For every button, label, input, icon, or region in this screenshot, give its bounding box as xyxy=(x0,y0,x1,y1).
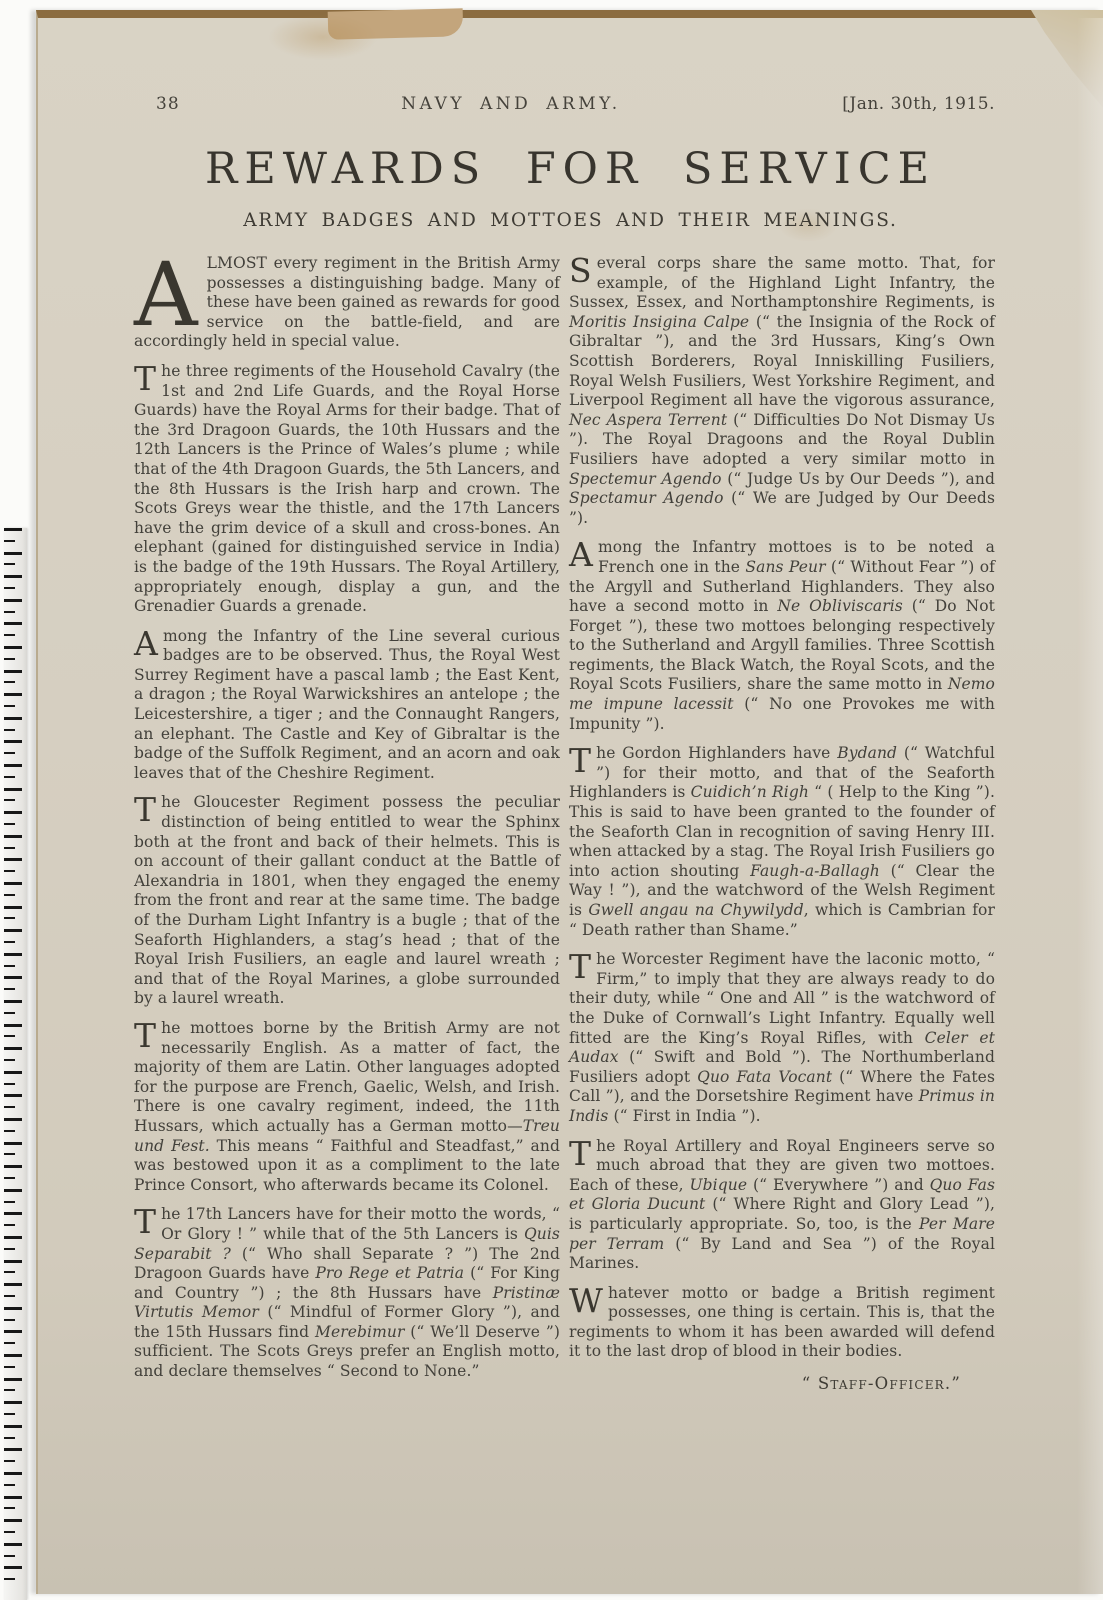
ruler-tick xyxy=(4,1000,22,1003)
ruler-tick xyxy=(4,1142,22,1145)
ruler-tick xyxy=(4,1153,15,1155)
page-number: 38 xyxy=(156,94,180,114)
text-run: everal corps share the same motto. That,… xyxy=(569,254,995,311)
ruler-tick xyxy=(4,611,15,613)
text-run: he mottoes borne by the British Army are… xyxy=(134,1019,560,1135)
ruler-tick xyxy=(4,811,22,814)
ruler-tick xyxy=(4,1260,22,1263)
ruler-tick xyxy=(4,646,22,649)
drop-cap: W xyxy=(569,1284,608,1315)
ruler-tick xyxy=(4,858,22,861)
text-run: Bydand xyxy=(837,744,897,762)
ruler-tick xyxy=(4,599,22,602)
ruler-tick xyxy=(4,1555,15,1557)
ruler-tick xyxy=(4,1071,22,1074)
ruler-tick xyxy=(4,1437,15,1439)
ruler-tick xyxy=(4,1106,15,1108)
page-header: 38 NAVY AND ARMY. [Jan. 30th, 1915. xyxy=(156,94,995,114)
drop-cap: S xyxy=(569,254,597,285)
ruler-tick xyxy=(4,847,15,849)
text-run: Gwell angau na Chywilydd xyxy=(588,901,803,919)
ruler-tick xyxy=(4,1578,15,1580)
ruler-tick xyxy=(4,941,15,943)
drop-cap: A xyxy=(134,254,207,330)
ruler-tick xyxy=(4,976,22,979)
magazine-page: 38 NAVY AND ARMY. [Jan. 30th, 1915. REWA… xyxy=(36,10,1103,1594)
torn-paper-corner xyxy=(1031,10,1103,110)
left-column: ALMOST every regiment in the British Arm… xyxy=(134,254,560,1394)
text-run: Merebimur xyxy=(315,1323,405,1341)
article-subtitle: ARMY BADGES AND MOTTOES AND THEIR MEANIN… xyxy=(38,210,1103,231)
text-run: Pro Rege et Patria xyxy=(315,1264,464,1282)
ruler-tick xyxy=(4,917,15,919)
drop-cap: T xyxy=(134,1205,161,1236)
ruler-tick xyxy=(4,1507,15,1509)
text-run: Nec Aspera Terrent xyxy=(569,411,727,429)
ruler-tick xyxy=(4,752,15,754)
ruler-tick xyxy=(4,1118,22,1121)
ruler-tick xyxy=(4,1566,22,1569)
ruler-tick xyxy=(4,587,15,589)
drop-cap: T xyxy=(569,744,596,775)
ruler-tick xyxy=(4,1035,15,1037)
ruler-tick xyxy=(4,988,15,990)
paragraph: The Gloucester Regiment possess the pecu… xyxy=(134,793,560,1009)
ruler-tick xyxy=(4,788,22,791)
text-run: Moritis Insigina Calpe xyxy=(569,313,749,331)
paragraph: The three regiments of the Household Cav… xyxy=(134,362,560,617)
ruler-tick xyxy=(4,1201,15,1203)
ruler-tick xyxy=(4,1295,15,1297)
ruler-tick xyxy=(4,1212,22,1215)
text-run: he Gordon Highlanders have xyxy=(596,744,837,762)
paper-stain xyxy=(268,14,378,60)
ruler-tick xyxy=(4,729,15,731)
ruler-tick xyxy=(4,1448,22,1451)
ruler-tick xyxy=(4,1236,22,1239)
ruler-tick xyxy=(4,1496,22,1499)
paragraph: The mottoes borne by the British Army ar… xyxy=(134,1019,560,1195)
ruler-tick xyxy=(4,658,15,660)
ruler-tick xyxy=(4,1425,22,1428)
ruler-tick xyxy=(4,1130,15,1132)
text-run: (“ Judge Us by Our Deeds ”), and xyxy=(722,470,995,488)
ruler-tick xyxy=(4,894,15,896)
photo-background: 38 NAVY AND ARMY. [Jan. 30th, 1915. REWA… xyxy=(0,0,1103,1600)
ruler-tick xyxy=(4,929,22,932)
ruler-tick xyxy=(4,870,15,872)
text-run: he Gloucester Regiment possess the pecul… xyxy=(134,793,560,1007)
ruler-tick xyxy=(4,1059,15,1061)
ruler-tick xyxy=(4,882,22,885)
ruler-tick xyxy=(4,634,15,636)
ruler-tick xyxy=(4,776,15,778)
article-title: REWARDS FOR SERVICE xyxy=(38,144,1103,194)
ruler-tick xyxy=(4,1330,22,1333)
ruler-tick xyxy=(4,740,22,743)
article-body: ALMOST every regiment in the British Arm… xyxy=(134,254,996,1394)
ruler-tick xyxy=(4,693,22,696)
text-run: Sans Peur xyxy=(745,558,825,576)
text-run: Spectemur Agendo xyxy=(569,470,722,488)
text-run: Faugh-a-Ballagh xyxy=(750,862,880,880)
drop-cap: T xyxy=(569,950,596,981)
text-run: Cuidich’n Righ xyxy=(691,783,809,801)
paragraph: The Worcester Regiment have the laconic … xyxy=(569,950,995,1126)
paragraph: The 17th Lancers have for their motto th… xyxy=(134,1205,560,1381)
drop-cap: T xyxy=(569,1137,596,1168)
ruler-tick xyxy=(4,1047,22,1050)
ruler-tick xyxy=(4,1543,22,1546)
ruler xyxy=(4,528,27,1600)
paragraph: The Royal Artillery and Royal Engineers … xyxy=(569,1137,995,1274)
ruler-tick xyxy=(4,1165,22,1168)
ruler-tick xyxy=(4,953,22,956)
ruler-tick xyxy=(4,1094,22,1097)
signature: “ Staff-Officer.” xyxy=(569,1374,995,1394)
paragraph: Several corps share the same motto. That… xyxy=(569,254,995,528)
ruler-tick xyxy=(4,622,22,625)
paragraph: ALMOST every regiment in the British Arm… xyxy=(134,254,560,352)
text-run: he 17th Lancers have for their motto the… xyxy=(161,1205,560,1243)
ruler-tick xyxy=(4,1484,15,1486)
ruler-tick xyxy=(4,965,15,967)
ruler-tick xyxy=(4,717,22,720)
text-run: Spectamur Agendo xyxy=(569,489,724,507)
ruler-tick xyxy=(4,575,22,578)
ruler-tick xyxy=(4,1378,22,1381)
ruler-tick xyxy=(4,540,15,542)
ruler-tick xyxy=(4,1319,15,1321)
text-run: (“ Everywhere ”) and xyxy=(747,1176,930,1194)
ruler-tick xyxy=(4,764,22,767)
ruler-tick xyxy=(4,1307,22,1310)
ruler-tick xyxy=(4,835,22,838)
ruler-tick xyxy=(4,1342,15,1344)
text-run: Ne Obliviscaris xyxy=(777,597,902,615)
ruler-tick xyxy=(4,1012,15,1014)
ruler-tick xyxy=(4,705,15,707)
paragraph: The Gordon Highlanders have Bydand (“ Wa… xyxy=(569,744,995,940)
ruler-tick xyxy=(4,1271,15,1273)
paragraph: Among the Infantry of the Line several c… xyxy=(134,627,560,784)
ruler-tick xyxy=(4,906,22,909)
ruler-tick xyxy=(4,1024,22,1027)
ruler-tick xyxy=(4,1177,15,1179)
text-run: Quo Fata Vocant xyxy=(697,1068,832,1086)
ruler-tick xyxy=(4,823,15,825)
ruler-tick xyxy=(4,1519,22,1522)
drop-cap: T xyxy=(134,793,161,824)
ruler-tick xyxy=(4,1224,15,1226)
ruler-tick xyxy=(4,528,22,531)
ruler-tick xyxy=(4,1472,22,1475)
ruler-tick xyxy=(4,1460,15,1462)
text-run: Ubique xyxy=(690,1176,748,1194)
drop-cap: A xyxy=(134,627,163,658)
ruler-tick xyxy=(4,1248,15,1250)
text-run: mong the Infantry of the Line several cu… xyxy=(134,627,560,782)
text-run: he three regiments of the Household Cava… xyxy=(134,362,560,615)
text-run: (“ First in India ”). xyxy=(608,1107,760,1125)
ruler-tick xyxy=(4,1366,15,1368)
drop-cap: A xyxy=(569,538,598,569)
ruler-tick xyxy=(4,563,15,565)
ruler-tick xyxy=(4,1531,15,1533)
ruler-tick xyxy=(4,681,15,683)
ruler-tick xyxy=(4,1413,15,1415)
ruler-tick xyxy=(4,1083,15,1085)
drop-cap: T xyxy=(134,362,161,393)
ruler-tick xyxy=(4,1283,22,1286)
paragraph: Whatever motto or badge a British regime… xyxy=(569,1284,995,1362)
right-column: Several corps share the same motto. That… xyxy=(569,254,995,1394)
ruler-tick xyxy=(4,1389,15,1391)
ruler-tick xyxy=(4,1189,22,1192)
drop-cap: T xyxy=(134,1019,161,1050)
ruler-tick xyxy=(4,799,15,801)
journal-title: NAVY AND ARMY. xyxy=(401,94,620,114)
paragraph: Among the Infantry mottoes is to be note… xyxy=(569,538,995,734)
ruler-tick xyxy=(4,1354,22,1357)
issue-date: [Jan. 30th, 1915. xyxy=(842,94,995,114)
ruler-tick xyxy=(4,1401,22,1404)
ruler-tick xyxy=(4,670,22,673)
ruler-tick xyxy=(4,552,22,555)
text-run: hatever motto or badge a British regimen… xyxy=(569,1284,995,1361)
